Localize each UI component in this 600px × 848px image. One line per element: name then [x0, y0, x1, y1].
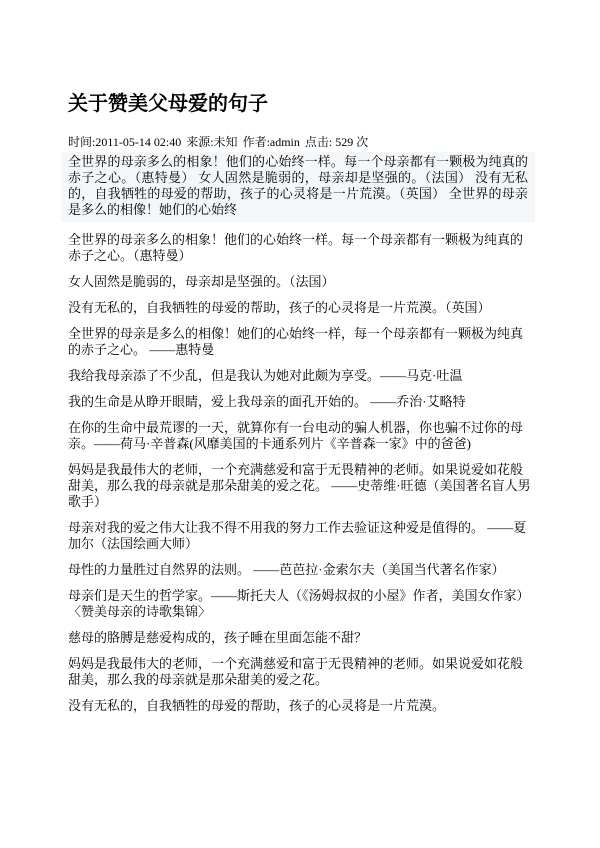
meta-author: 作者:admin — [243, 135, 300, 149]
article-paragraph: 全世界的母亲是多么的相像！她们的心始终一样，每一个母亲都有一颗极为纯真的赤子之心… — [68, 326, 533, 358]
page-title: 关于赞美父母爱的句子 — [68, 92, 533, 116]
article-meta: 时间:2011-05-14 02:40来源:未知作者:admin点击: 529 … — [68, 134, 533, 150]
article-paragraph: 母亲们是天生的哲学家。——斯托夫人（《汤姆叔叔的小屋》作者，美国女作家） 〈赞美… — [68, 588, 533, 620]
article-paragraph: 妈妈是我最伟大的老师，一个充满慈爱和富于无畏精神的老师。如果说爱如花般甜美，那么… — [68, 462, 533, 510]
meta-time: 时间:2011-05-14 02:40 — [68, 135, 181, 149]
article-paragraph: 全世界的母亲多么的相象！他们的心始终一样。每一个母亲都有一颗极为纯真的赤子之心。… — [68, 232, 533, 264]
article-paragraph: 女人固然是脆弱的，母亲却是坚强的。（法国） — [68, 274, 533, 290]
article-summary: 全世界的母亲多么的相象！他们的心始终一样。每一个母亲都有一颗极为纯真的赤子之心。… — [61, 152, 535, 222]
article-paragraph: 没有无私的，自我牺牲的母爱的帮助，孩子的心灵将是一片荒漠。（英国） — [68, 300, 533, 316]
article-body: 全世界的母亲多么的相象！他们的心始终一样。每一个母亲都有一颗极为纯真的赤子之心。… — [68, 232, 533, 714]
article-paragraph: 我给我母亲添了不少乱，但是我认为她对此颇为享受。——马克·吐温 — [68, 368, 533, 384]
article-paragraph: 慈母的胳膊是慈爱构成的，孩子睡在里面怎能不甜？ — [68, 630, 533, 646]
article-paragraph: 妈妈是我最伟大的老师，一个充满慈爱和富于无畏精神的老师。如果说爱如花般甜美，那么… — [68, 656, 533, 688]
article-page: 关于赞美父母爱的句子 时间:2011-05-14 02:40来源:未知作者:ad… — [0, 0, 600, 848]
article-paragraph: 母性的力量胜过自然界的法则。 ——芭芭拉·金索尔夫（美国当代著名作家） — [68, 562, 533, 578]
article-paragraph: 在你的生命中最荒谬的一天，就算你有一台电动的骗人机器，你也骗不过你的母亲。——荷… — [68, 420, 533, 452]
article-paragraph: 没有无私的，自我牺牲的母爱的帮助，孩子的心灵将是一片荒漠。 — [68, 698, 533, 714]
article-paragraph: 我的生命是从睁开眼睛，爱上我母亲的面孔开始的。 ——乔治·艾略特 — [68, 394, 533, 410]
meta-clicks: 点击: 529 次 — [305, 135, 368, 149]
article-paragraph: 母亲对我的爱之伟大让我不得不用我的努力工作去验证这种爱是值得的。 ——夏加尔（法… — [68, 520, 533, 552]
meta-source: 来源:未知 — [186, 135, 237, 149]
